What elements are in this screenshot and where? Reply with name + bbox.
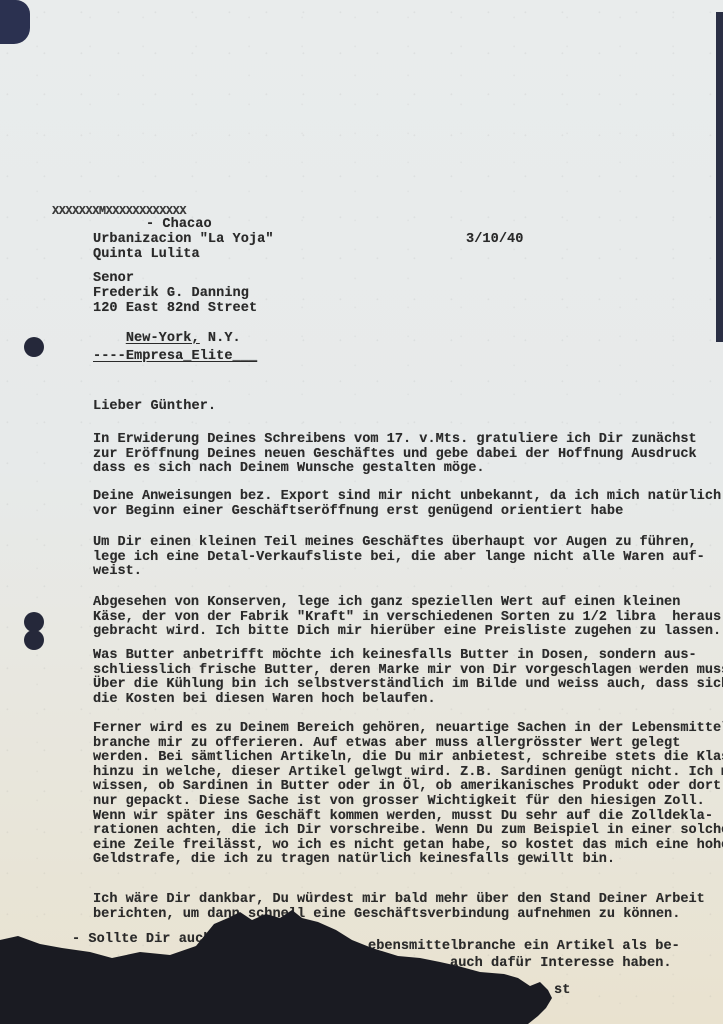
letter-page: XXXXXXXMXXXXXXXXXXXX - Chacao Urbanizaci… <box>0 0 723 1024</box>
torn-damage-bottom <box>0 0 723 1024</box>
